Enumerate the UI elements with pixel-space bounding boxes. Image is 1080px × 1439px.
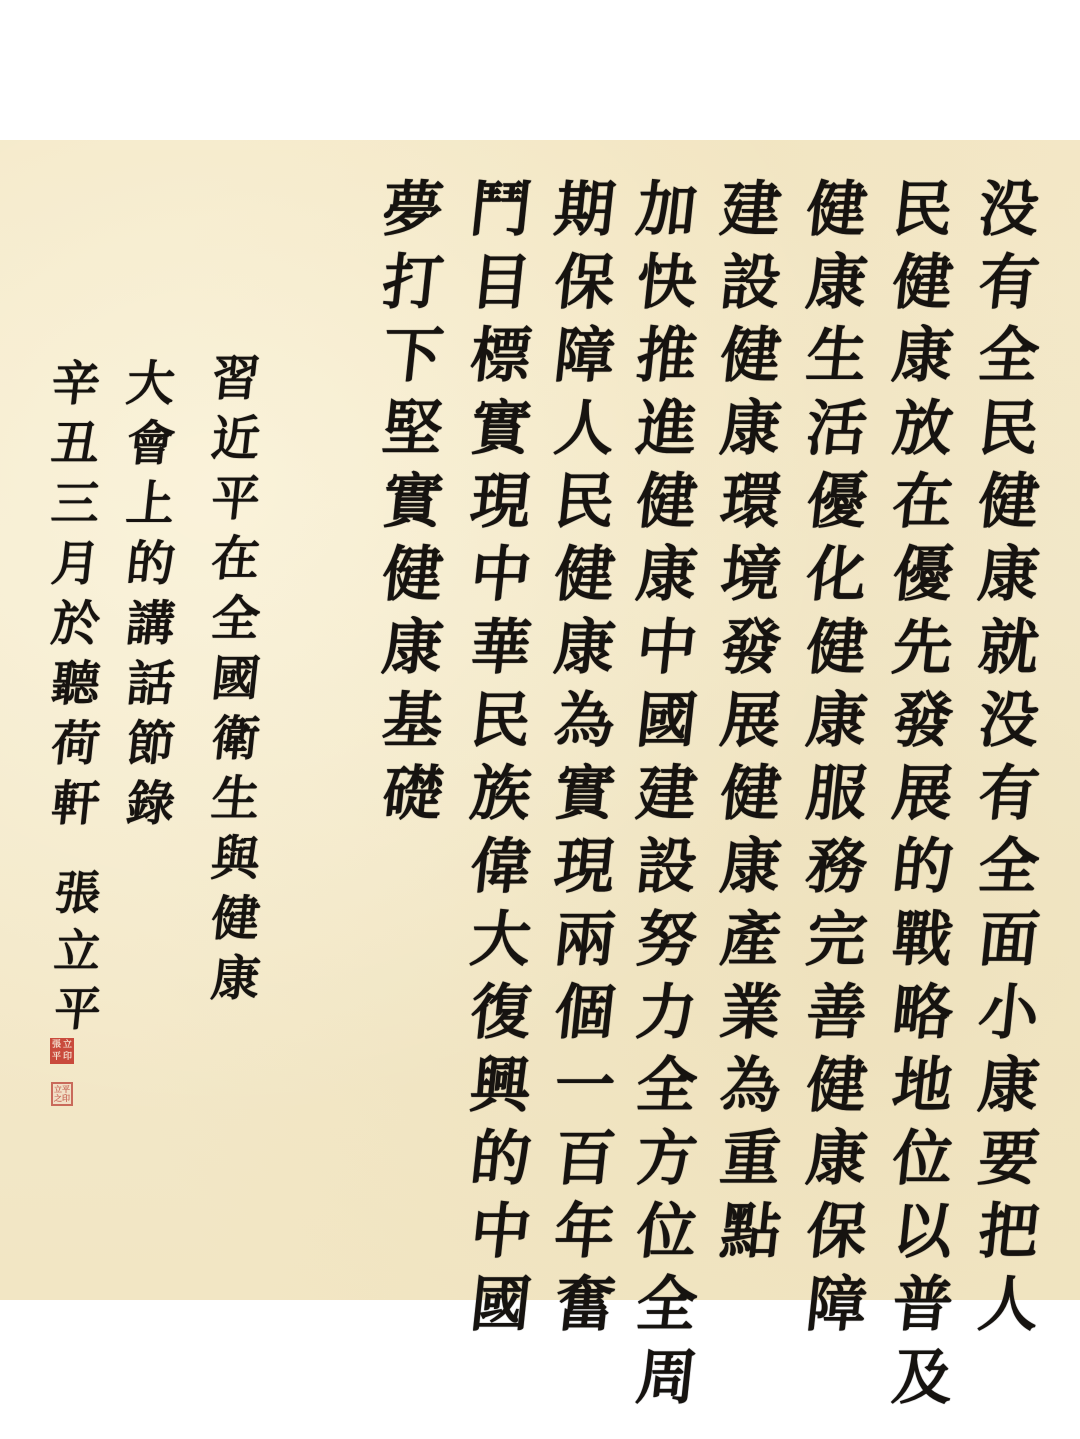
calligraphy-character: 夢	[378, 180, 446, 253]
calligraphy-character: 打	[378, 253, 446, 326]
calligraphy-character: 錄	[123, 780, 177, 840]
calligraphy-character: 荷	[48, 720, 102, 780]
calligraphy-character: 康	[974, 1056, 1042, 1129]
calligraphy-character: 兩	[550, 910, 618, 983]
calligraphy-character: 國	[208, 655, 262, 715]
calligraphy-character: 為	[716, 1056, 784, 1129]
calligraphy-character: 張	[51, 870, 103, 928]
calligraphy-character: 健	[716, 326, 784, 399]
calligraphy-character: 環	[716, 472, 784, 545]
calligraphy-character: 實	[550, 764, 618, 837]
calligraphy-character: 大	[123, 360, 177, 420]
calligraphy-character: 周	[632, 1348, 700, 1421]
calligraphy-character: 下	[378, 326, 446, 399]
calligraphy-character: 康	[378, 618, 446, 691]
inscription-column-1: 習近平在全國衛生與健康	[200, 355, 270, 1015]
calligraphy-character: 講	[123, 600, 177, 660]
name-seal-icon: 張 立 平 印	[50, 1038, 74, 1064]
calligraphy-character: 服	[802, 764, 870, 837]
calligraphy-character: 三	[48, 480, 102, 540]
calligraphy-character: 康	[632, 545, 700, 618]
calligraphy-character: 略	[888, 983, 956, 1056]
calligraphy-character: 現	[466, 472, 534, 545]
calligraphy-character: 話	[123, 660, 177, 720]
calligraphy-character: 活	[802, 399, 870, 472]
calligraphy-character: 健	[802, 618, 870, 691]
calligraphy-character: 現	[550, 837, 618, 910]
main-text-column-2: 民健康放在優先發展的戰略地位以普及	[882, 180, 962, 1421]
calligraphy-character: 健	[378, 545, 446, 618]
calligraphy-character: 優	[888, 545, 956, 618]
seal-char: 平	[51, 1053, 62, 1062]
calligraphy-character: 丑	[48, 420, 102, 480]
main-text-column-1: 没有全民健康就没有全面小康要把人	[968, 180, 1048, 1348]
calligraphy-character: 大	[466, 910, 534, 983]
calligraphy-character: 月	[48, 540, 102, 600]
calligraphy-character: 民	[888, 180, 956, 253]
calligraphy-character: 方	[632, 1129, 700, 1202]
seal-char: 印	[62, 1095, 70, 1103]
calligraphy-character: 就	[974, 618, 1042, 691]
calligraphy-character: 基	[378, 691, 446, 764]
calligraphy-character: 康	[550, 618, 618, 691]
calligraphy-character: 健	[888, 253, 956, 326]
main-text-column-8: 夢打下堅實健康基礎	[372, 180, 452, 837]
calligraphy-character: 發	[716, 618, 784, 691]
calligraphy-paper: 没有全民健康就没有全面小康要把人 民健康放在優先發展的戰略地位以普及 健康生活優…	[0, 140, 1080, 1300]
calligraphy-character: 康	[802, 691, 870, 764]
calligraphy-character: 有	[974, 764, 1042, 837]
seal-char: 張	[51, 1041, 62, 1050]
calligraphy-character: 健	[974, 472, 1042, 545]
calligraphy-character: 生	[802, 326, 870, 399]
calligraphy-character: 民	[974, 399, 1042, 472]
calligraphy-character: 會	[123, 420, 177, 480]
calligraphy-character: 衛	[208, 715, 262, 775]
main-text-column-4: 建設健康環境發展健康產業為重點	[710, 180, 790, 1275]
calligraphy-character: 全	[208, 595, 262, 655]
calligraphy-character: 務	[802, 837, 870, 910]
calligraphy-character: 健	[550, 545, 618, 618]
calligraphy-character: 全	[974, 837, 1042, 910]
calligraphy-character: 健	[208, 895, 262, 955]
calligraphy-character: 保	[550, 253, 618, 326]
calligraphy-character: 康	[974, 545, 1042, 618]
calligraphy-character: 快	[632, 253, 700, 326]
calligraphy-character: 礎	[378, 764, 446, 837]
calligraphy-character: 鬥	[466, 180, 534, 253]
main-text-column-6: 期保障人民健康為實現兩個一百年奮	[544, 180, 624, 1348]
calligraphy-character: 展	[716, 691, 784, 764]
calligraphy-character: 中	[466, 1202, 534, 1275]
calligraphy-character: 點	[716, 1202, 784, 1275]
calligraphy-character: 一	[550, 1056, 618, 1129]
calligraphy-character: 百	[550, 1129, 618, 1202]
calligraphy-character: 的	[123, 540, 177, 600]
seal-char: 印	[62, 1053, 73, 1062]
calligraphy-character: 全	[974, 326, 1042, 399]
calligraphy-character: 實	[466, 399, 534, 472]
calligraphy-character: 要	[974, 1129, 1042, 1202]
calligraphy-character: 實	[378, 472, 446, 545]
calligraphy-character: 平	[51, 986, 103, 1044]
calligraphy-character: 與	[208, 835, 262, 895]
calligraphy-character: 放	[888, 399, 956, 472]
calligraphy-character: 在	[888, 472, 956, 545]
calligraphy-character: 全	[632, 1056, 700, 1129]
calligraphy-character: 興	[466, 1056, 534, 1129]
calligraphy-character: 偉	[466, 837, 534, 910]
calligraphy-character: 習	[208, 355, 262, 415]
calligraphy-character: 的	[888, 837, 956, 910]
calligraphy-character: 先	[888, 618, 956, 691]
calligraphy-character: 建	[632, 764, 700, 837]
seal-char: 之	[54, 1095, 62, 1103]
calligraphy-character: 期	[550, 180, 618, 253]
calligraphy-character: 位	[632, 1202, 700, 1275]
calligraphy-character: 康	[888, 326, 956, 399]
calligraphy-character: 健	[802, 180, 870, 253]
calligraphy-character: 標	[466, 326, 534, 399]
calligraphy-character: 推	[632, 326, 700, 399]
artist-seal-icon: 立 平 之 印	[51, 1082, 73, 1106]
calligraphy-character: 康	[802, 1129, 870, 1202]
calligraphy-character: 康	[208, 955, 262, 1015]
main-text-column-3: 健康生活優化健康服務完善健康保障	[796, 180, 876, 1348]
calligraphy-character: 人	[550, 399, 618, 472]
inscription-column-3: 辛丑三月於聽荷軒	[40, 360, 110, 840]
calligraphy-character: 展	[888, 764, 956, 837]
calligraphy-character: 面	[974, 910, 1042, 983]
main-text-column-5: 加快推進健康中國建設努力全方位全周	[626, 180, 706, 1421]
calligraphy-character: 立	[51, 928, 103, 986]
calligraphy-character: 地	[888, 1056, 956, 1129]
calligraphy-character: 没	[974, 180, 1042, 253]
calligraphy-character: 障	[802, 1275, 870, 1348]
calligraphy-character: 建	[716, 180, 784, 253]
calligraphy-character: 把	[974, 1202, 1042, 1275]
calligraphy-character: 有	[974, 253, 1042, 326]
calligraphy-character: 健	[802, 1056, 870, 1129]
calligraphy-character: 國	[632, 691, 700, 764]
calligraphy-character: 族	[466, 764, 534, 837]
calligraphy-character: 產	[716, 910, 784, 983]
calligraphy-character: 小	[974, 983, 1042, 1056]
calligraphy-character: 的	[466, 1129, 534, 1202]
calligraphy-character: 以	[888, 1202, 956, 1275]
calligraphy-character: 善	[802, 983, 870, 1056]
calligraphy-character: 康	[716, 837, 784, 910]
calligraphy-character: 普	[888, 1275, 956, 1348]
calligraphy-character: 奮	[550, 1275, 618, 1348]
calligraphy-character: 努	[632, 910, 700, 983]
calligraphy-character: 及	[888, 1348, 956, 1421]
calligraphy-character: 加	[632, 180, 700, 253]
calligraphy-character: 康	[802, 253, 870, 326]
calligraphy-character: 堅	[378, 399, 446, 472]
calligraphy-character: 聽	[48, 660, 102, 720]
calligraphy-character: 生	[208, 775, 262, 835]
calligraphy-character: 戰	[888, 910, 956, 983]
calligraphy-character: 健	[632, 472, 700, 545]
calligraphy-character: 民	[550, 472, 618, 545]
calligraphy-character: 國	[466, 1275, 534, 1348]
calligraphy-character: 為	[550, 691, 618, 764]
calligraphy-character: 境	[716, 545, 784, 618]
calligraphy-character: 健	[716, 764, 784, 837]
calligraphy-character: 民	[466, 691, 534, 764]
calligraphy-character: 設	[716, 253, 784, 326]
main-text-column-7: 鬥目標實現中華民族偉大復興的中國	[460, 180, 540, 1348]
calligraphy-character: 近	[208, 415, 262, 475]
calligraphy-character: 完	[802, 910, 870, 983]
calligraphy-character: 年	[550, 1202, 618, 1275]
calligraphy-character: 復	[466, 983, 534, 1056]
seal-char: 平	[62, 1086, 70, 1094]
seal-char: 立	[54, 1086, 62, 1094]
seal-char: 立	[62, 1041, 73, 1050]
calligraphy-character: 上	[123, 480, 177, 540]
calligraphy-character: 障	[550, 326, 618, 399]
calligraphy-character: 軒	[48, 780, 102, 840]
calligraphy-character: 設	[632, 837, 700, 910]
calligraphy-character: 中	[466, 545, 534, 618]
calligraphy-character: 於	[48, 600, 102, 660]
calligraphy-character: 全	[632, 1275, 700, 1348]
calligraphy-character: 重	[716, 1129, 784, 1202]
calligraphy-character: 中	[632, 618, 700, 691]
calligraphy-character: 目	[466, 253, 534, 326]
calligraphy-character: 優	[802, 472, 870, 545]
calligraphy-character: 化	[802, 545, 870, 618]
inscription-column-2: 大會上的講話節錄	[115, 360, 185, 840]
calligraphy-character: 華	[466, 618, 534, 691]
calligraphy-character: 保	[802, 1202, 870, 1275]
calligraphy-character: 力	[632, 983, 700, 1056]
calligraphy-character: 辛	[48, 360, 102, 420]
calligraphy-character: 人	[974, 1275, 1042, 1348]
calligraphy-character: 位	[888, 1129, 956, 1202]
calligraphy-character: 發	[888, 691, 956, 764]
calligraphy-character: 節	[123, 720, 177, 780]
calligraphy-character: 個	[550, 983, 618, 1056]
calligraphy-character: 進	[632, 399, 700, 472]
calligraphy-character: 業	[716, 983, 784, 1056]
calligraphy-character: 在	[208, 535, 262, 595]
calligraphy-character: 平	[208, 475, 262, 535]
artist-signature: 張立平	[42, 870, 112, 1044]
calligraphy-character: 没	[974, 691, 1042, 764]
calligraphy-character: 康	[716, 399, 784, 472]
